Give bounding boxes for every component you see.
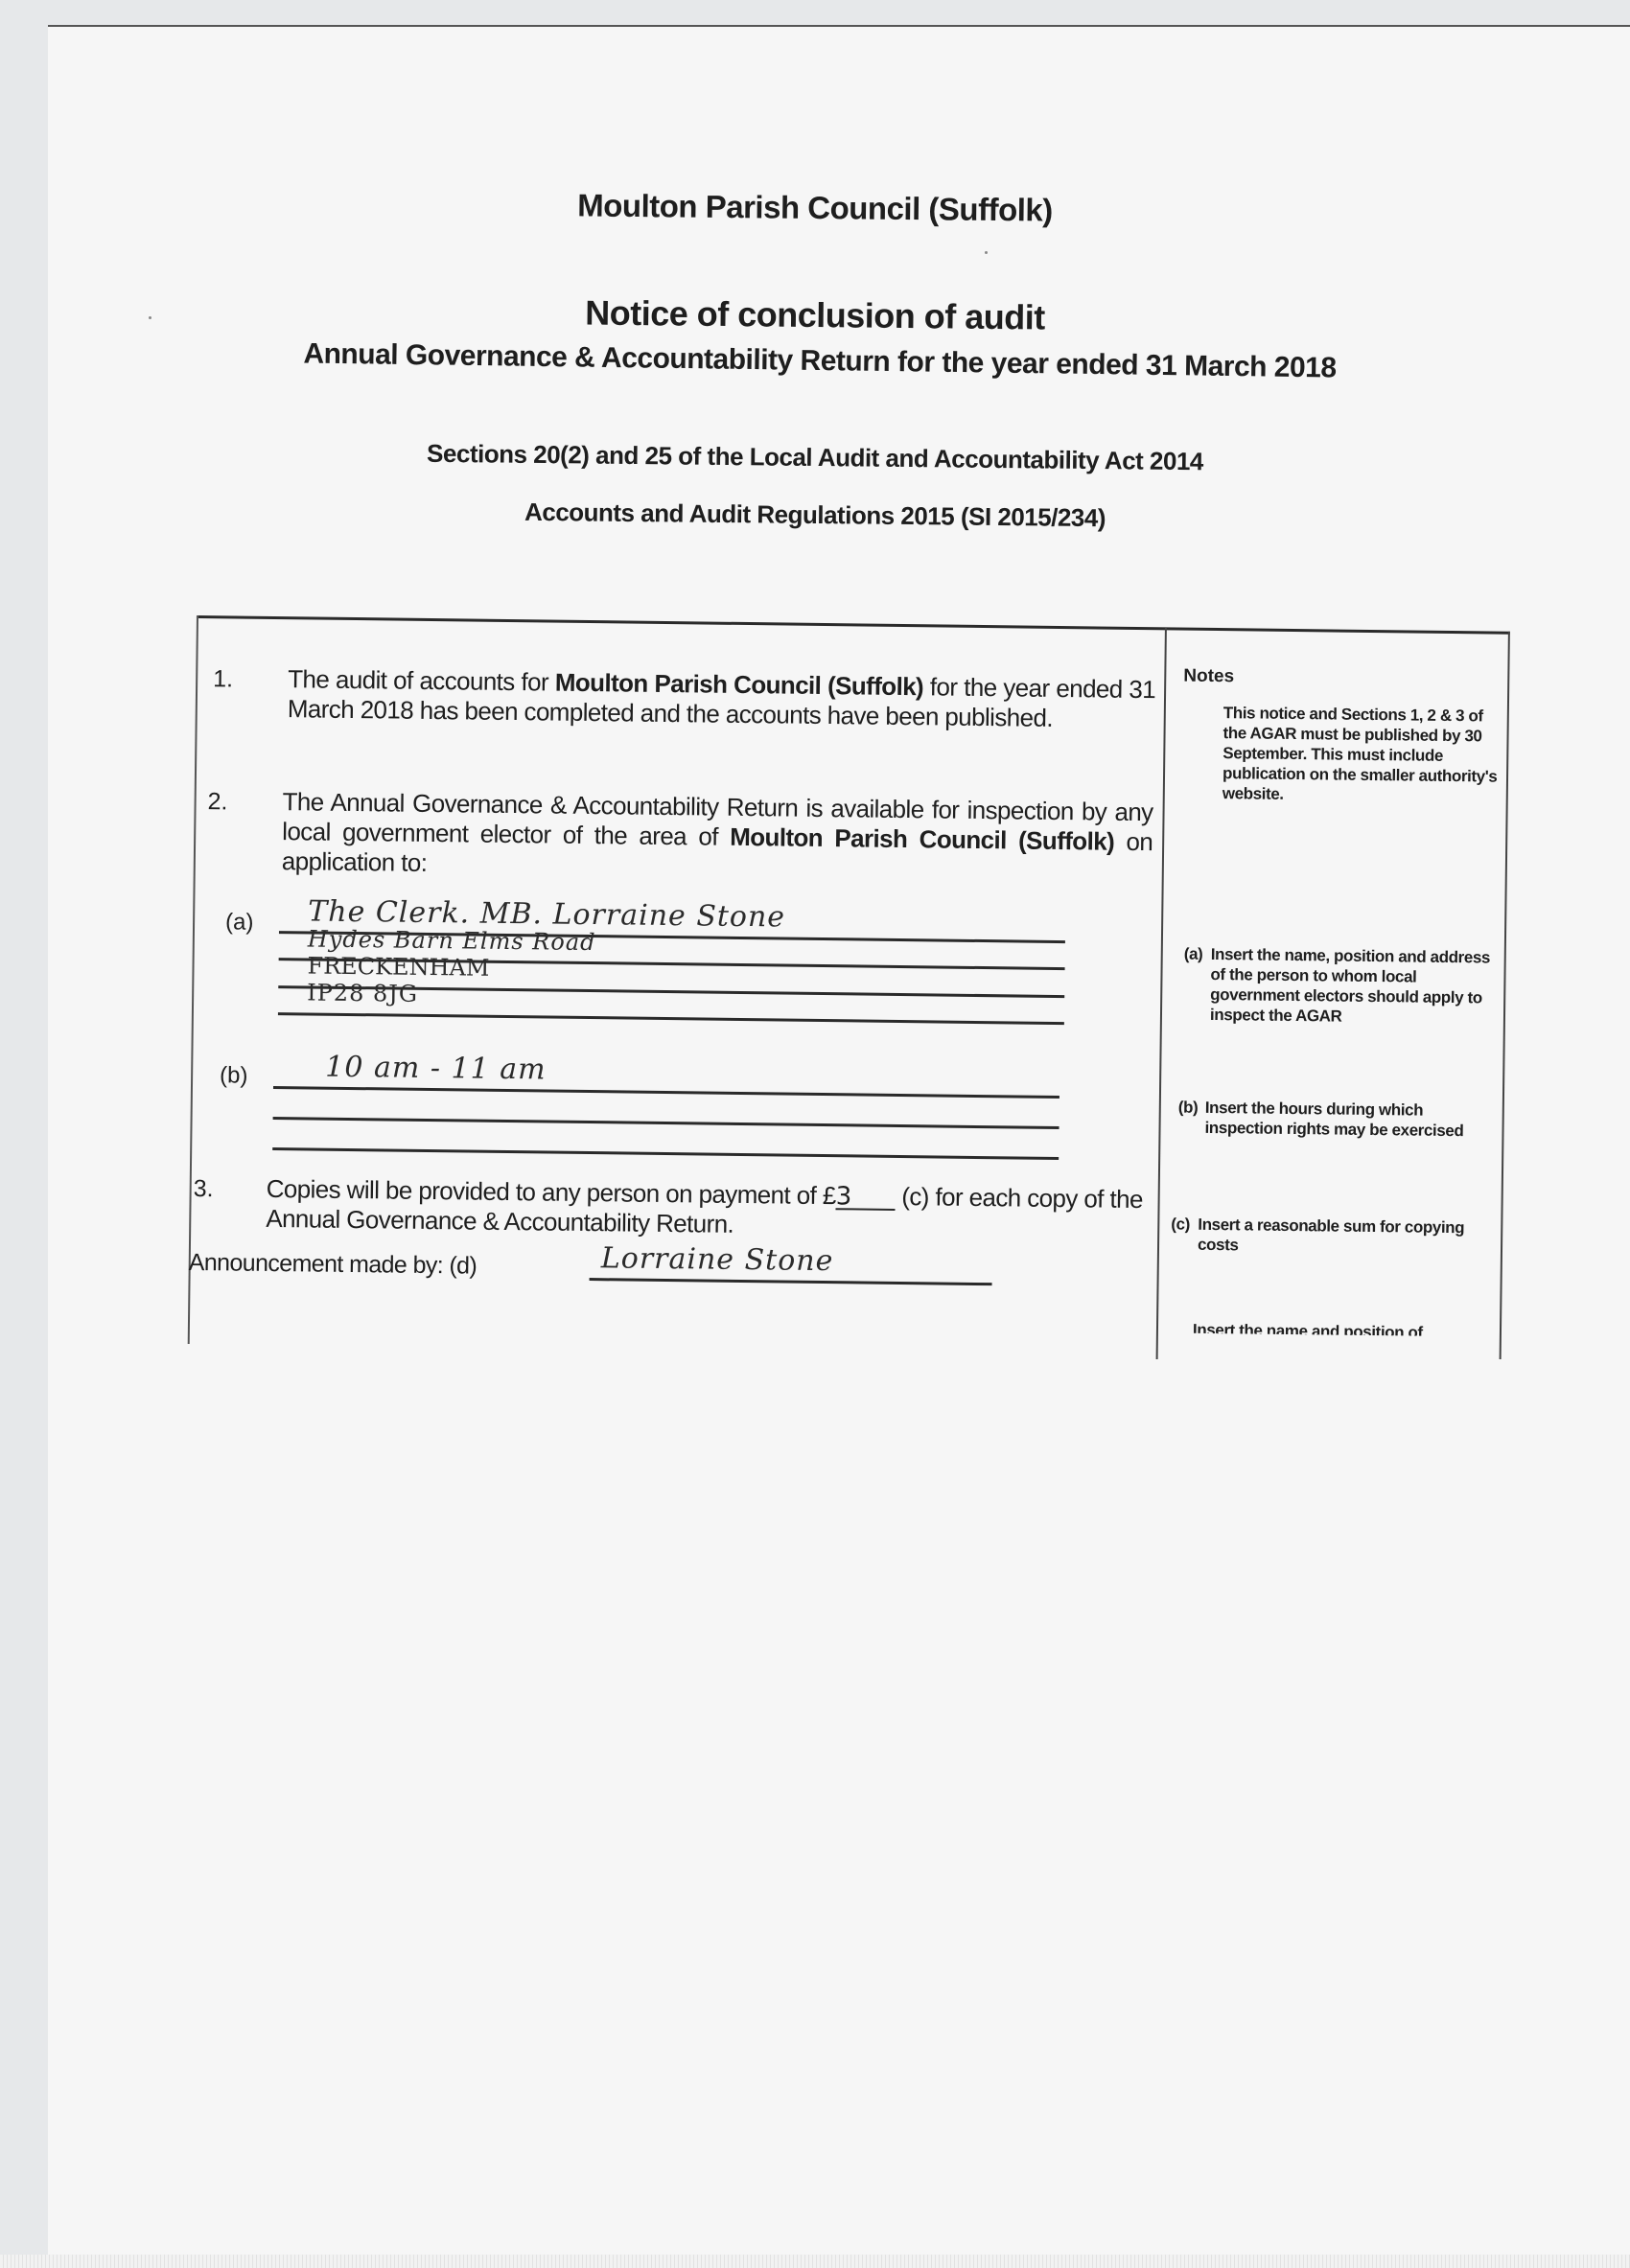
- signature-underline: [590, 1278, 992, 1285]
- notes-column-divider: [1156, 627, 1167, 1365]
- field-a-line-3[interactable]: FRECKENHAM: [307, 952, 489, 981]
- section-3-text: Copies will be provided to any person on…: [266, 1174, 1153, 1244]
- section-1-number: 1.: [213, 665, 233, 693]
- section-2-text: The Annual Governance & Accountability R…: [282, 787, 1153, 887]
- notice-form-box: 1. The audit of accounts for Moulton Par…: [188, 615, 1510, 1360]
- field-b-underline: [272, 1147, 1059, 1160]
- field-a-line-4[interactable]: IP28 8JG: [307, 979, 418, 1007]
- field-a-label: (a): [225, 909, 254, 936]
- note-c: (c)Insert a reasonable sum for copying c…: [1198, 1215, 1485, 1259]
- note-b: (b)Insert the hours during which inspect…: [1204, 1098, 1492, 1142]
- copy-fee-field[interactable]: 3: [836, 1185, 896, 1211]
- note-a-text: Insert the name, position and address of…: [1210, 945, 1490, 1026]
- notes-title: Notes: [1183, 666, 1234, 688]
- field-b-underline: [273, 1117, 1059, 1129]
- announcement-signature[interactable]: Lorraine Stone: [601, 1241, 834, 1278]
- page-cutoff-mask: [182, 1359, 1544, 1417]
- note-b-text: Insert the hours during which inspection…: [1204, 1099, 1463, 1140]
- notes-intro: This notice and Sections 1, 2 & 3 of the…: [1222, 703, 1502, 807]
- field-b-line-1[interactable]: 10 am - 11 am: [325, 1051, 547, 1087]
- section-2-council-name: Moulton Parish Council (Suffolk): [730, 822, 1114, 856]
- note-d-text: Insert the name and position of: [1193, 1321, 1423, 1337]
- section-1-text: The audit of accounts for Moulton Parish…: [288, 664, 1156, 734]
- field-b-underline: [273, 1086, 1059, 1099]
- note-a-tag: (a): [1184, 944, 1203, 964]
- note-c-text: Insert a reasonable sum for copying cost…: [1198, 1215, 1464, 1255]
- speck: [985, 251, 988, 254]
- section-3-number: 3.: [194, 1175, 214, 1203]
- field-a-line-2[interactable]: Hydes Barn Elms Road: [308, 925, 596, 956]
- scanner-edge-artifact: [0, 2255, 1630, 2268]
- section-1-council-name: Moulton Parish Council (Suffolk): [555, 668, 924, 702]
- field-a-underline: [278, 1012, 1064, 1025]
- note-b-tag: (b): [1178, 1098, 1199, 1118]
- section-1-text-start: The audit of accounts for: [288, 664, 555, 696]
- note-c-tag: (c): [1171, 1214, 1190, 1234]
- announcement-label: Announcement made by: (d): [189, 1248, 477, 1282]
- section-2-number: 2.: [207, 788, 227, 816]
- note-a: (a)Insert the name, position and address…: [1210, 944, 1499, 1029]
- field-b-label: (b): [220, 1062, 248, 1089]
- note-d: (d)Insert the name and position of: [1193, 1320, 1480, 1337]
